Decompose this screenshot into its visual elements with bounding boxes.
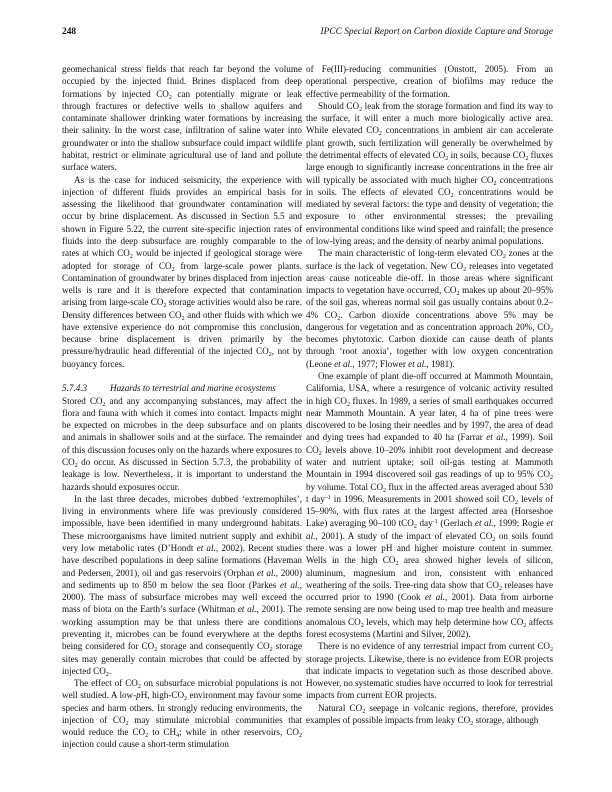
body-paragraph: Stored CO2 and any accompanying substanc… — [62, 395, 302, 493]
body-paragraph: There is no evidence of any terrestrial … — [306, 640, 553, 701]
page-number: 248 — [62, 27, 76, 37]
body-paragraph: The effect of CO2 on subsurface microbia… — [62, 677, 302, 751]
body-paragraph: In the last three decades, microbes dubb… — [62, 493, 302, 677]
body-paragraph: As is the case for induced seismicity, t… — [62, 174, 302, 371]
section-title: Hazards to terrestrial and marine ecosys… — [110, 383, 276, 393]
left-column: geomechanical stress fields that reach f… — [62, 63, 302, 751]
section-heading: 5.7.4.3Hazards to terrestrial and marine… — [62, 382, 302, 394]
body-paragraph: The main characteristic of long-term ele… — [306, 247, 553, 370]
section-number: 5.7.4.3 — [62, 382, 110, 394]
body-paragraph: geomechanical stress fields that reach f… — [62, 63, 302, 174]
body-paragraph: Natural CO2 seepage in volcanic regions,… — [306, 702, 553, 727]
running-title: IPCC Special Report on Carbon dioxide Ca… — [321, 27, 553, 37]
body-paragraph: One example of plant die-off occurred at… — [306, 370, 553, 640]
right-column: of Fe(III)-reducing communities (Onstott… — [306, 63, 553, 726]
body-paragraph: Should CO2 leak from the storage formati… — [306, 100, 553, 247]
body-paragraph: of Fe(III)-reducing communities (Onstott… — [306, 63, 553, 100]
